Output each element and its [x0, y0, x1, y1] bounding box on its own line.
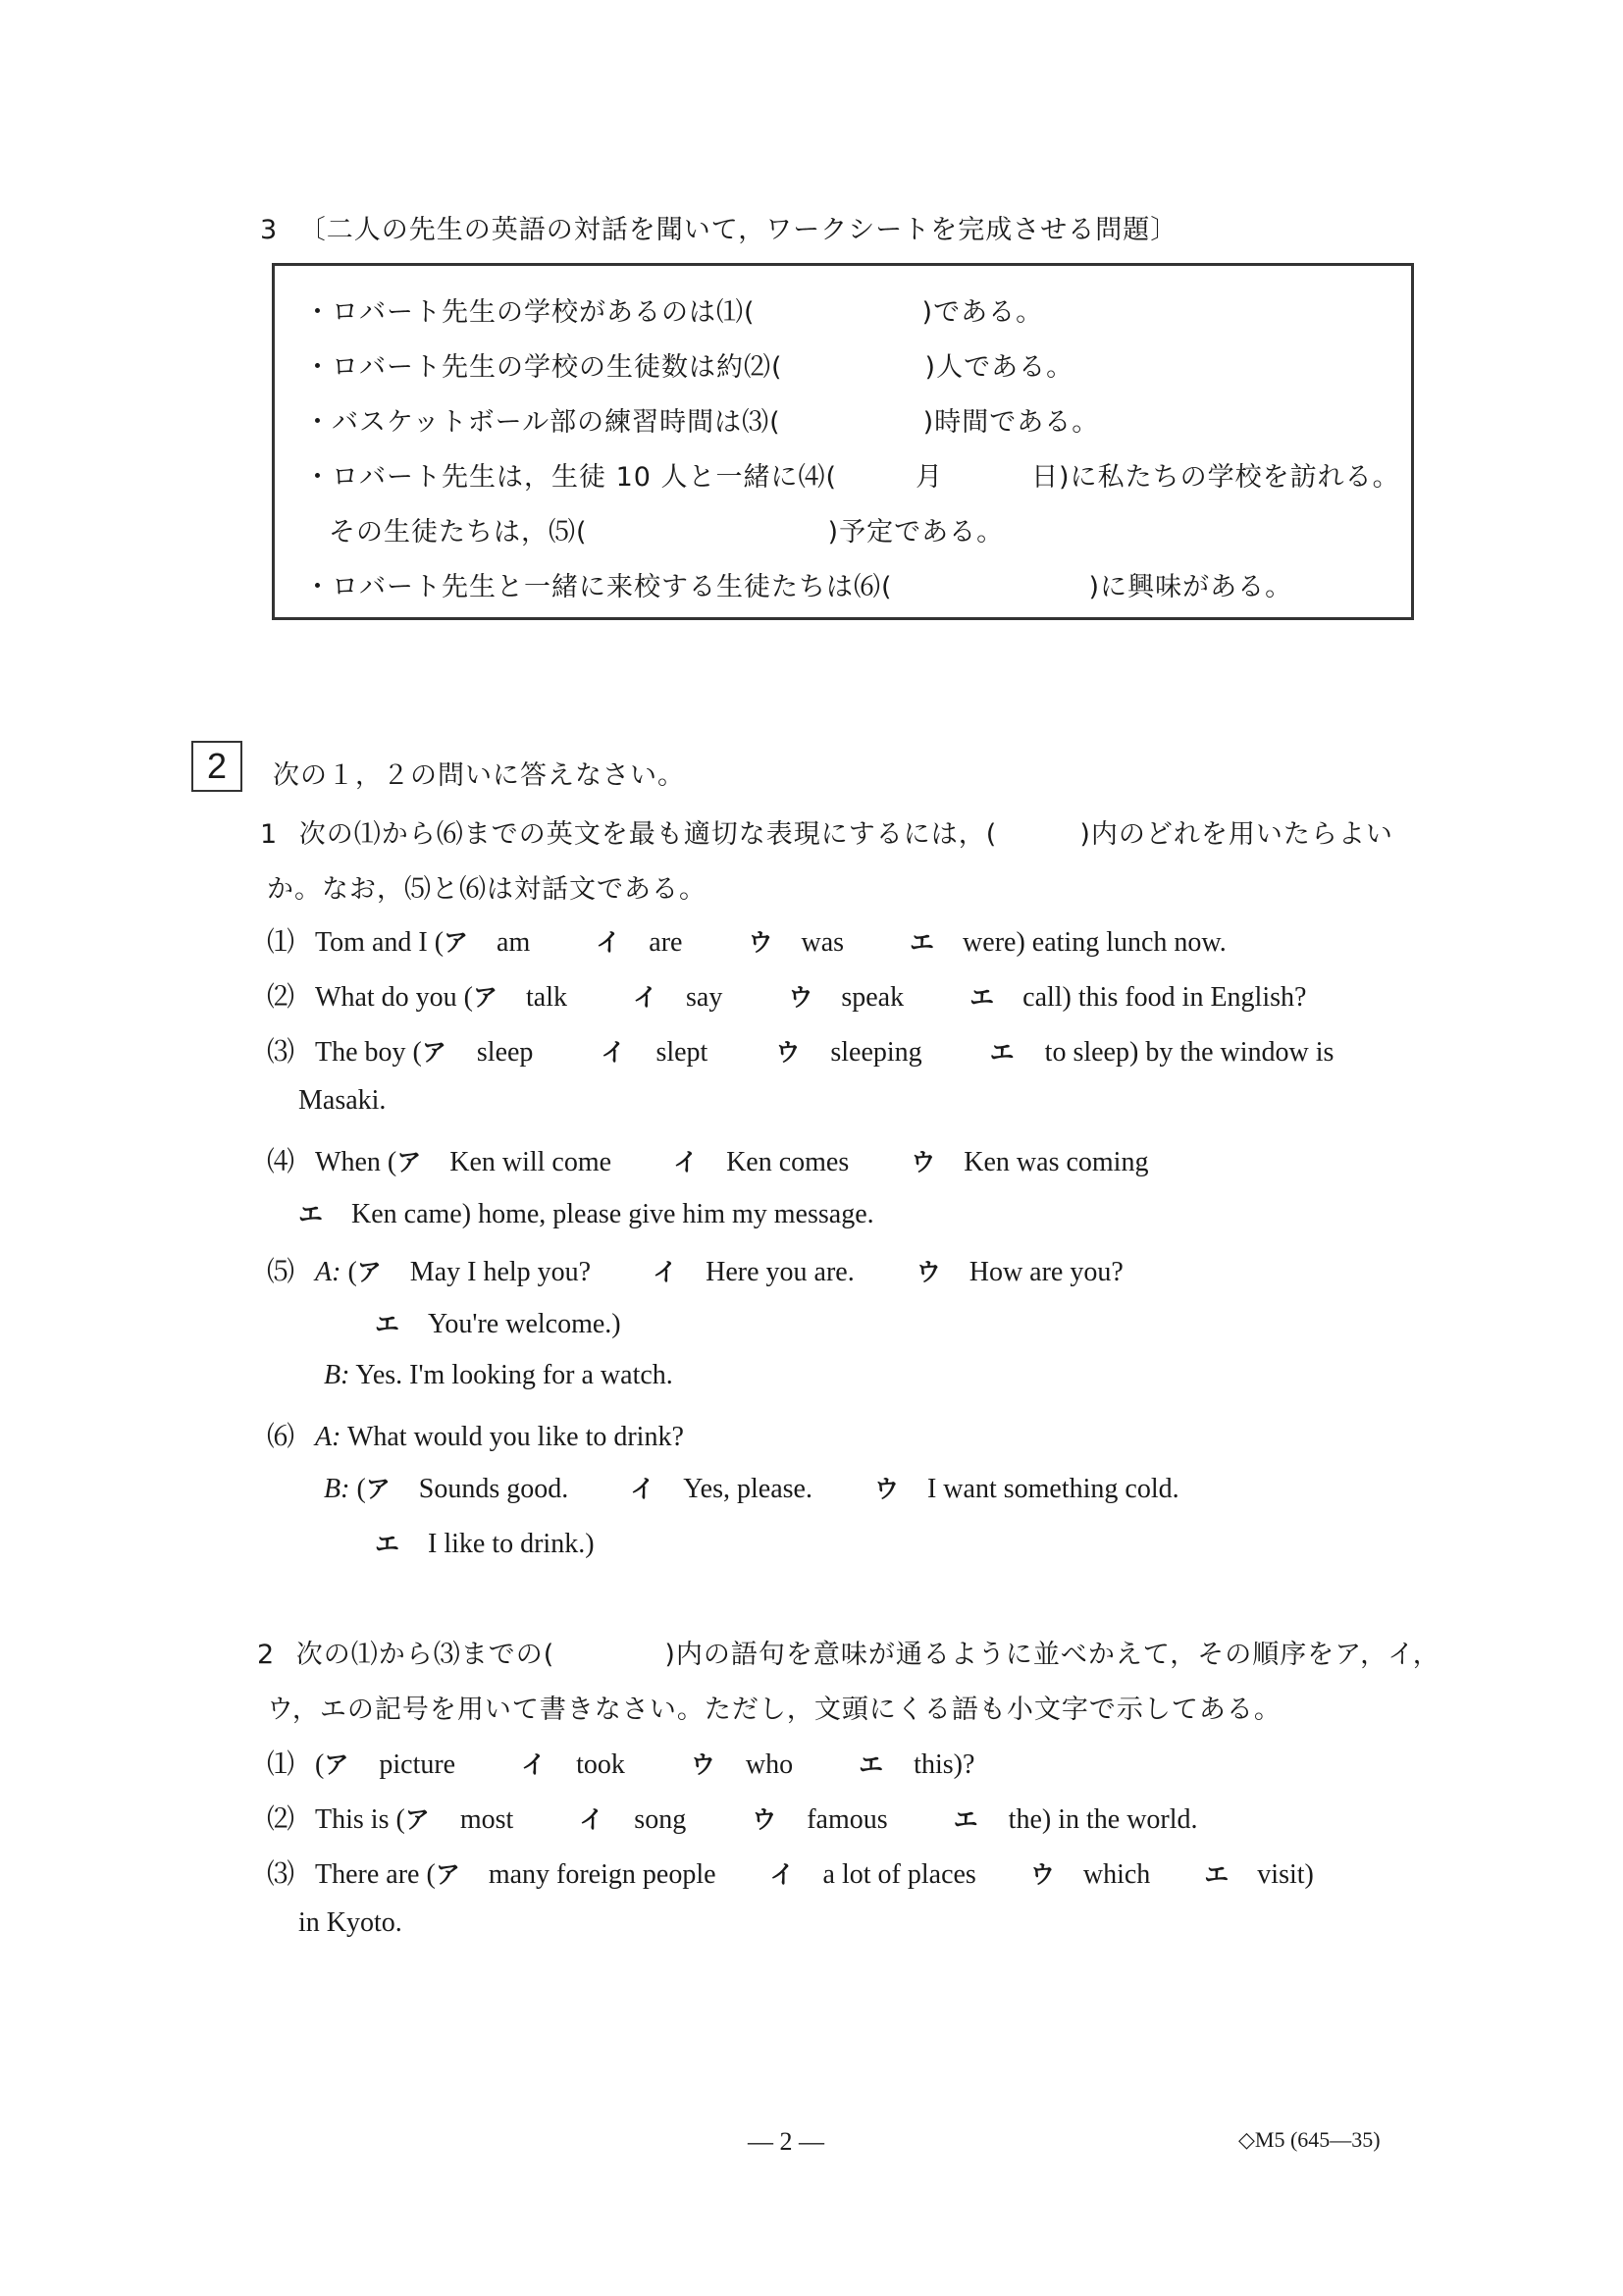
p2-question-1: ⑴ (ア picture イ took ウ who エ this)? — [267, 1743, 974, 1782]
option-i[interactable]: Yes, please. — [683, 1474, 812, 1505]
q3-number: 3 — [260, 215, 278, 245]
option-label-a: ア — [444, 923, 468, 959]
part1-instruction-2: か。なお，⑸と⑹は対話文である。 — [267, 867, 707, 906]
option-label-u: ウ — [1030, 1855, 1055, 1891]
option-label-u: ウ — [775, 1033, 800, 1069]
option-label-u: ウ — [788, 978, 812, 1014]
q3-title: 〔二人の先生の英語の対話を聞いて，ワークシートを完成させる問題〕 — [299, 215, 1178, 245]
option-u[interactable]: I want something cold. — [927, 1474, 1179, 1505]
option-label-a: ア — [366, 1470, 391, 1505]
question-stem: ( — [347, 1257, 356, 1287]
question-tail: home, please give him my message. — [478, 1199, 874, 1229]
option-label-i: イ — [601, 1033, 625, 1069]
option-u[interactable]: How are you? — [969, 1257, 1124, 1288]
section-2-marker: 2 — [191, 741, 242, 792]
p1-question-3-cont: Masaki. — [298, 1085, 386, 1117]
option-label-i: イ — [596, 923, 620, 959]
worksheet-text: その生徒たちは，⑸( — [329, 517, 588, 548]
option-a[interactable]: many foreign people — [489, 1859, 716, 1891]
part2-instruction-2: ウ，エの記号を用いて書きなさい。ただし，文頭にくる語も小文字で示してある。 — [267, 1688, 1282, 1726]
option-e[interactable]: the) — [1009, 1804, 1052, 1836]
option-e[interactable]: this)? — [914, 1749, 974, 1781]
speaker-a: A: — [315, 1422, 340, 1452]
q3-heading: 3 〔二人の先生の英語の対話を聞いて，ワークシートを完成させる問題〕 — [260, 208, 1178, 246]
option-a[interactable]: picture — [379, 1749, 455, 1781]
worksheet-text: 日)に私たちの学校を訪れる。 — [1031, 462, 1400, 493]
option-e[interactable]: call) — [1022, 982, 1072, 1014]
worksheet-line-3: ・バスケットボール部の練習時間は⑶()時間である。 — [304, 400, 1099, 439]
option-i[interactable]: Here you are. — [706, 1257, 855, 1288]
option-i[interactable]: slept — [655, 1037, 707, 1069]
option-label-e: エ — [375, 1305, 399, 1340]
worksheet-text: ・ロバート先生は，生徒 10 人と一緒に⑷( — [304, 462, 837, 493]
option-label-i: イ — [653, 1253, 677, 1288]
p1-question-3: ⑶ The boy (ア sleep イ slept ウ sleeping エ … — [267, 1030, 1334, 1070]
p1-question-6-b: B: (ア Sounds good. イ Yes, please. ウ I wa… — [324, 1470, 1179, 1505]
option-i[interactable]: Ken comes — [726, 1147, 849, 1178]
option-e[interactable]: You're welcome.) — [428, 1309, 621, 1340]
option-i[interactable]: say — [686, 982, 722, 1014]
p1-question-4: ⑷ When (ア Ken will come イ Ken comes ウ Ke… — [267, 1140, 1148, 1179]
option-u[interactable]: Ken was coming — [964, 1147, 1148, 1178]
p2-question-3: ⑶ There are (ア many foreign people イ a l… — [267, 1852, 1314, 1892]
worksheet-text: )である。 — [922, 297, 1044, 328]
option-label-a: ア — [357, 1253, 382, 1288]
option-e[interactable]: Ken came) — [351, 1199, 471, 1230]
question-tail: in the world. — [1058, 1804, 1197, 1835]
worksheet-text: )予定である。 — [828, 517, 1005, 548]
part1-instruction-1: 1 次の⑴から⑹までの英文を最も適切な表現にするには，( )内のどれを用いたらよ… — [260, 812, 1393, 851]
question-number: ⑸ — [267, 1257, 294, 1287]
question-tail: this food in English? — [1078, 982, 1307, 1013]
question-number: ⑵ — [267, 982, 294, 1013]
option-label-u: ウ — [691, 1746, 715, 1781]
worksheet-line-6: ・ロバート先生と一緒に来校する生徒たちは⑹()に興味がある。 — [304, 565, 1292, 603]
option-label-u: ウ — [748, 923, 772, 959]
worksheet-line-4: ・ロバート先生は，生徒 10 人と一緒に⑷(月日)に私たちの学校を訪れる。 — [304, 455, 1400, 494]
option-label-i: イ — [630, 1470, 654, 1505]
month-label: 月 — [916, 462, 943, 493]
option-label-a: ア — [422, 1033, 446, 1069]
p1-question-5-b: B: Yes. I'm looking for a watch. — [324, 1360, 673, 1391]
speaker-b: B: — [324, 1474, 349, 1504]
option-a[interactable]: talk — [526, 982, 567, 1014]
part1-number: 1 — [260, 819, 278, 850]
question-stem: This is ( — [315, 1804, 405, 1835]
question-tail: eating lunch now. — [1032, 927, 1227, 958]
question-stem: Tom and I ( — [315, 927, 444, 958]
worksheet-text: ・ロバート先生の学校があるのは⑴( — [304, 297, 756, 328]
option-label-a: ア — [324, 1746, 348, 1781]
option-label-e: エ — [859, 1746, 883, 1781]
question-number: ⑵ — [267, 1804, 294, 1835]
worksheet-text: ・ロバート先生と一緒に来校する生徒たちは⑹( — [304, 572, 893, 602]
option-label-e: エ — [990, 1033, 1015, 1069]
option-label-a: ア — [405, 1800, 430, 1836]
p1-question-5-cont: エ You're welcome.) — [375, 1305, 621, 1340]
worksheet-text: )に興味がある。 — [1089, 572, 1293, 602]
option-e[interactable]: were) — [963, 927, 1025, 959]
option-e[interactable]: to sleep) — [1045, 1037, 1139, 1069]
option-label-e: エ — [910, 923, 934, 959]
option-label-i: イ — [633, 978, 657, 1014]
option-label-u: ウ — [916, 1253, 941, 1288]
option-label-a: ア — [396, 1143, 421, 1178]
option-label-a: ア — [436, 1855, 460, 1891]
option-a[interactable]: most — [460, 1804, 513, 1836]
option-u[interactable]: famous — [807, 1804, 887, 1836]
dialogue-line: Yes. I'm looking for a watch. — [355, 1360, 672, 1390]
p1-question-6: ⑹ A: What would you like to drink? — [267, 1415, 684, 1454]
exam-code: ◇M5 (645—35) — [1238, 2127, 1381, 2153]
question-stem: There are ( — [315, 1859, 436, 1890]
option-label-u: ウ — [752, 1800, 776, 1836]
worksheet-line-5: その生徒たちは，⑸()予定である。 — [329, 510, 1004, 548]
option-i[interactable]: a lot of places — [823, 1859, 976, 1891]
worksheet-text: ・ロバート先生の学校の生徒数は約⑵( — [304, 352, 783, 383]
worksheet-text: )人である。 — [925, 352, 1074, 383]
option-label-u: ウ — [911, 1143, 935, 1178]
p1-question-5: ⑸ A: (ア May I help you? イ Here you are. … — [267, 1250, 1124, 1289]
option-i[interactable]: took — [576, 1749, 625, 1781]
part2-number: 2 — [257, 1640, 275, 1670]
option-label-i: イ — [673, 1143, 698, 1178]
option-label-a: ア — [473, 978, 497, 1014]
option-u[interactable]: speak — [841, 982, 904, 1014]
option-u[interactable]: sleeping — [830, 1037, 921, 1069]
question-number: ⑴ — [267, 1749, 294, 1780]
question-tail: by the window is — [1145, 1037, 1334, 1068]
option-label-e: エ — [1204, 1855, 1229, 1891]
worksheet-line-1: ・ロバート先生の学校があるのは⑴()である。 — [304, 290, 1043, 329]
option-a[interactable]: Sounds good. — [419, 1474, 568, 1505]
p1-question-2: ⑵ What do you (ア talk イ say ウ speak エ ca… — [267, 975, 1306, 1015]
option-label-e: エ — [375, 1525, 399, 1560]
option-u[interactable]: was — [801, 927, 844, 959]
dialogue-line: What would you like to drink? — [347, 1422, 684, 1452]
option-e[interactable]: I like to drink.) — [428, 1529, 595, 1560]
option-label-i: イ — [579, 1800, 603, 1836]
option-label-u: ウ — [874, 1470, 899, 1505]
option-a[interactable]: May I help you? — [410, 1257, 591, 1288]
option-u[interactable]: who — [746, 1749, 793, 1781]
option-label-e: エ — [969, 978, 994, 1014]
p1-question-6-cont: エ I like to drink.) — [375, 1525, 595, 1560]
question-stem: The boy ( — [315, 1037, 422, 1068]
option-label-e: エ — [298, 1195, 323, 1230]
question-stem: What do you ( — [315, 982, 473, 1013]
section-2-intro: 次の１，２の問いに答えなさい。 — [273, 754, 685, 792]
worksheet-text: ・バスケットボール部の練習時間は⑶( — [304, 407, 781, 438]
question-number: ⑶ — [267, 1037, 294, 1068]
question-stem: When ( — [315, 1147, 396, 1177]
question-stem: ( — [315, 1749, 324, 1780]
question-number: ⑷ — [267, 1147, 294, 1177]
page-number: — 2 — — [748, 2127, 824, 2157]
option-label-e: エ — [954, 1800, 978, 1836]
speaker-b: B: — [324, 1360, 349, 1390]
p2-question-3-cont: in Kyoto. — [298, 1907, 402, 1939]
speaker-a: A: — [315, 1257, 340, 1287]
option-label-i: イ — [521, 1746, 546, 1781]
question-number: ⑹ — [267, 1422, 294, 1452]
option-u[interactable]: which — [1083, 1859, 1150, 1891]
option-i[interactable]: are — [649, 927, 682, 959]
option-i[interactable]: song — [634, 1804, 686, 1836]
question-number: ⑶ — [267, 1859, 294, 1890]
worksheet-text: )時間である。 — [923, 407, 1100, 438]
part1-instruction-text: 次の⑴から⑹までの英文を最も適切な表現にするには，( )内のどれを用いたらよい — [299, 819, 1393, 850]
option-a[interactable]: am — [497, 927, 530, 959]
option-a[interactable]: sleep — [477, 1037, 534, 1069]
question-stem: ( — [356, 1474, 365, 1504]
part2-instruction-1: 2 次の⑴から⑶までの( )内の語句を意味が通るように並べかえて，その順序をア，… — [257, 1633, 1440, 1671]
p1-question-1: ⑴ Tom and I (ア am イ are ウ was エ were) ea… — [267, 920, 1227, 960]
option-label-i: イ — [770, 1855, 795, 1891]
option-a[interactable]: Ken will come — [449, 1147, 611, 1178]
p2-question-2: ⑵ This is (ア most イ song ウ famous エ the)… — [267, 1798, 1198, 1837]
option-e[interactable]: visit) — [1257, 1859, 1314, 1891]
worksheet-line-2: ・ロバート先生の学校の生徒数は約⑵()人である。 — [304, 345, 1073, 384]
part2-instruction-text: 次の⑴から⑶までの( )内の語句を意味が通るように並べかえて，その順序をア，イ， — [296, 1640, 1440, 1670]
question-number: ⑴ — [267, 927, 294, 958]
p1-question-4-cont: エ Ken came) home, please give him my mes… — [298, 1195, 874, 1230]
